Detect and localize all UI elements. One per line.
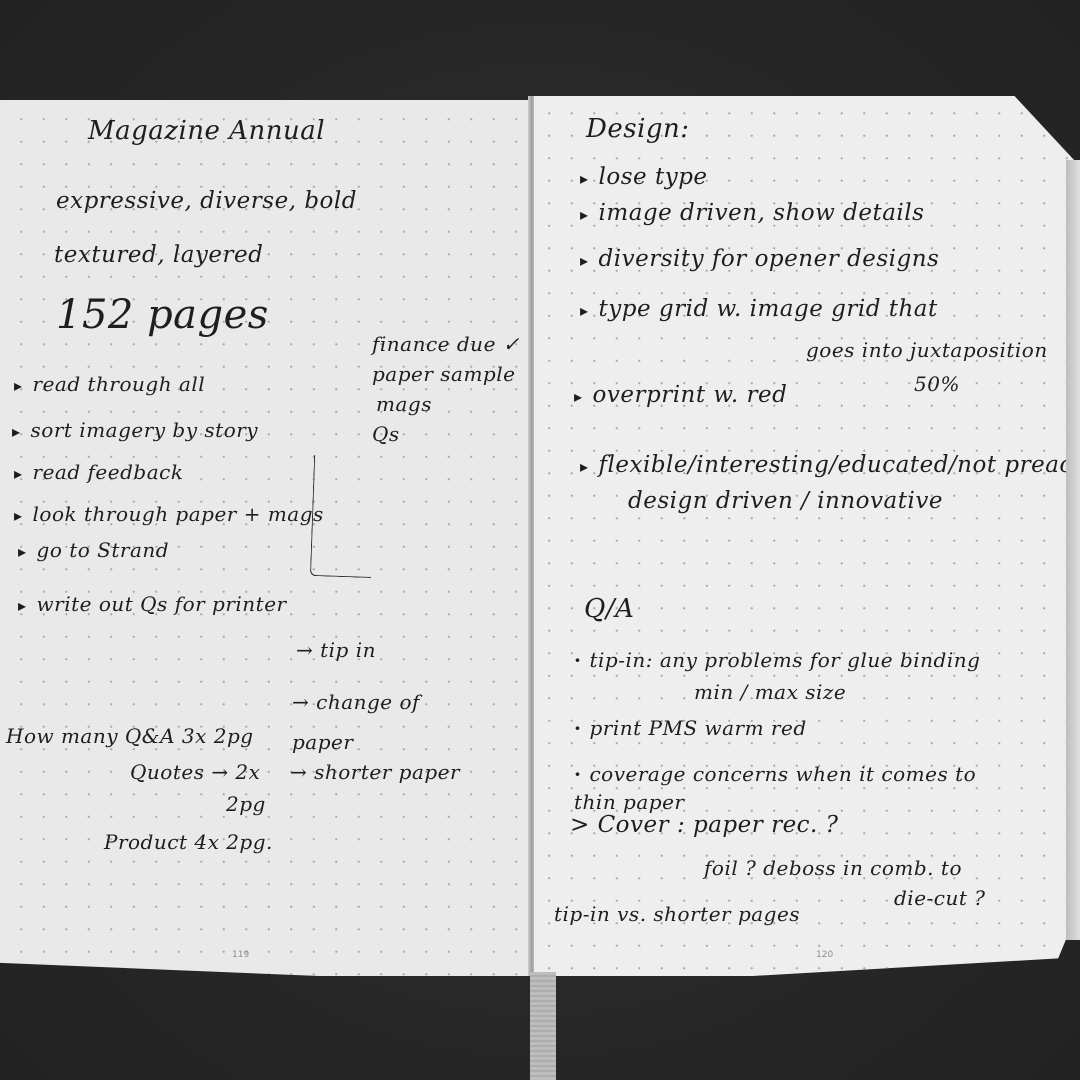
page-count-note: 152 pages [56, 292, 269, 338]
qa-item: coverage concerns when it comes to thin … [574, 760, 1004, 816]
right-page: Design: lose type image driven, show det… [534, 96, 1080, 976]
todo-item: read feedback [14, 460, 183, 484]
printer-sub-item: → tip in [296, 638, 376, 662]
design-item: lose type [580, 164, 708, 190]
left-page-title: Magazine Annual [88, 116, 325, 146]
quotes-pages-note: 2pg [226, 792, 266, 816]
todo-item: go to Strand [18, 538, 169, 562]
todo-item: look through paper + mags [14, 502, 324, 526]
bookmark-ribbon [530, 972, 556, 1080]
page-stack-edge [1066, 160, 1080, 940]
design-item: diversity for opener designs [580, 246, 939, 272]
design-item: image driven, show details [580, 200, 924, 226]
product-note: Product 4x 2pg. [104, 830, 273, 854]
cover-note-line: foil ? deboss in comb. to [704, 856, 962, 880]
printer-sub-item: → shorter paper [290, 760, 460, 784]
design-item: overprint w. red [574, 382, 787, 408]
bracket-note: Qs [372, 422, 400, 446]
bracket-note: mags [376, 392, 432, 416]
quotes-note: Quotes → 2x [130, 760, 260, 784]
open-notebook: Magazine Annual expressive, diverse, bol… [0, 0, 1080, 1080]
todo-item: write out Qs for printer [18, 592, 287, 616]
design-item-continuation: goes into juxtaposition [806, 338, 1048, 362]
qa-heading: Q/A [584, 594, 634, 624]
todo-item: read through all [14, 372, 205, 396]
cover-note-line: die-cut ? [894, 886, 986, 910]
cover-note: > Cover : paper rec. ? [570, 812, 839, 838]
qa-item: print PMS warm red [574, 716, 807, 740]
note-line: expressive, diverse, bold [56, 188, 357, 214]
design-item-continuation: design driven / innovative [628, 488, 943, 514]
design-item: type grid w. image grid that [580, 296, 938, 322]
note-line: textured, layered [54, 242, 263, 268]
design-item: flexible/interesting/educated/not preach… [580, 452, 1080, 478]
page-number: 120 [816, 950, 833, 960]
bracket-note: finance due ✓ [372, 332, 520, 356]
page-number: 119 [232, 950, 249, 960]
todo-item: sort imagery by story [12, 418, 258, 442]
qa-item-continuation: min / max size [694, 680, 846, 704]
qa-item: tip-in: any problems for glue binding [574, 648, 980, 672]
design-heading: Design: [586, 114, 690, 144]
left-page: Magazine Annual expressive, diverse, bol… [0, 100, 532, 976]
bracket-note: paper sample [372, 362, 515, 386]
percent-note: 50% [914, 372, 960, 396]
footer-note: tip-in vs. shorter pages [554, 902, 800, 926]
how-many-note: How many Q&A 3x 2pg [6, 724, 254, 748]
printer-sub-item: → change of paper [292, 682, 482, 762]
